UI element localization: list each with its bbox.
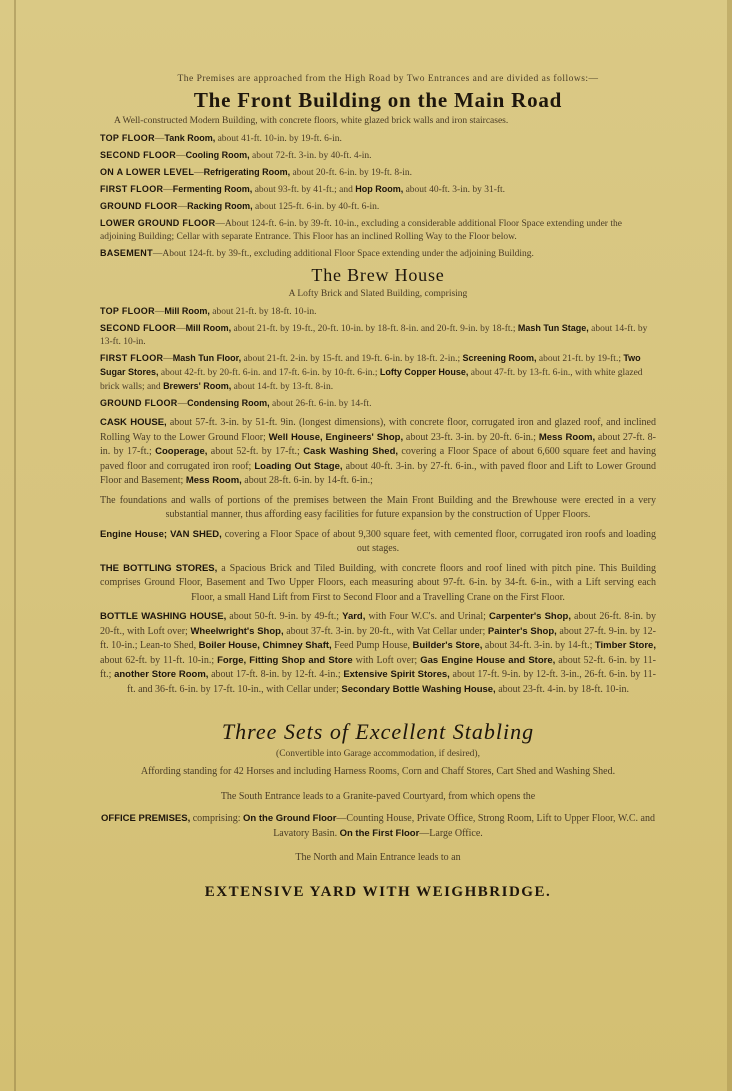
brew-row-first-floor: FIRST FLOOR—Mash Tun Floor, about 21-ft.… xyxy=(100,352,656,394)
foundations-paragraph: The foundations and walls of portions of… xyxy=(100,494,656,523)
front-row-ground-floor: GROUND FLOOR—Racking Room, about 125-ft.… xyxy=(100,200,656,214)
brew-row-second-floor: SECOND FLOOR—Mill Room, about 21-ft. by … xyxy=(100,322,656,349)
front-row-lower-ground-floor: LOWER GROUND FLOOR—About 124-ft. 6-in. b… xyxy=(100,217,656,244)
weighbridge-heading: EXTENSIVE YARD WITH WEIGHBRIDGE. xyxy=(100,884,656,901)
page-fold-line xyxy=(14,0,16,1091)
front-row-basement: BASEMENT—About 124-ft. by 39-ft., exclud… xyxy=(100,247,656,261)
brew-house-title: The Brew House xyxy=(100,265,656,286)
cask-house-paragraph: CASK HOUSE, about 57-ft. 3-in. by 51-ft.… xyxy=(100,416,656,489)
front-row-second-floor: SECOND FLOOR—Cooling Room, about 72-ft. … xyxy=(100,149,656,163)
front-building-title: The Front Building on the Main Road xyxy=(100,88,656,113)
intro-text: The Premises are approached from the Hig… xyxy=(120,74,656,84)
brew-house-subtitle: A Lofty Brick and Slated Building, compr… xyxy=(100,289,656,299)
engine-house-paragraph: Engine House; VAN SHED, covering a Floor… xyxy=(100,528,656,557)
front-building-subtitle: A Well-constructed Modern Building, with… xyxy=(114,116,656,126)
front-row-lower-level: ON A LOWER LEVEL—Refrigerating Room, abo… xyxy=(100,166,656,180)
north-entrance-text: The North and Main Entrance leads to an xyxy=(100,851,656,866)
document-page: The Premises are approached from the Hig… xyxy=(100,74,656,919)
stabling-subtitle: (Convertible into Garage accommodation, … xyxy=(100,749,656,759)
bottle-washing-paragraph: BOTTLE WASHING HOUSE, about 50-ft. 9-in.… xyxy=(100,610,656,697)
office-premises-paragraph: OFFICE PREMISES, comprising: On the Grou… xyxy=(100,812,656,841)
brew-row-top-floor: TOP FLOOR—Mill Room, about 21-ft. by 18-… xyxy=(100,305,656,319)
bottling-stores-paragraph: THE BOTTLING STORES, a Spacious Brick an… xyxy=(100,562,656,606)
front-row-first-floor: FIRST FLOOR—Fermenting Room, about 93-ft… xyxy=(100,183,656,197)
stabling-title: Three Sets of Excellent Stabling xyxy=(100,719,656,745)
page-edge xyxy=(727,0,732,1091)
brew-row-ground-floor: GROUND FLOOR—Condensing Room, about 26-f… xyxy=(100,397,656,411)
front-row-top-floor: TOP FLOOR—Tank Room, about 41-ft. 10-in.… xyxy=(100,132,656,146)
stabling-description: Affording standing for 42 Horses and inc… xyxy=(100,765,656,780)
south-entrance-text: The South Entrance leads to a Granite-pa… xyxy=(100,790,656,805)
